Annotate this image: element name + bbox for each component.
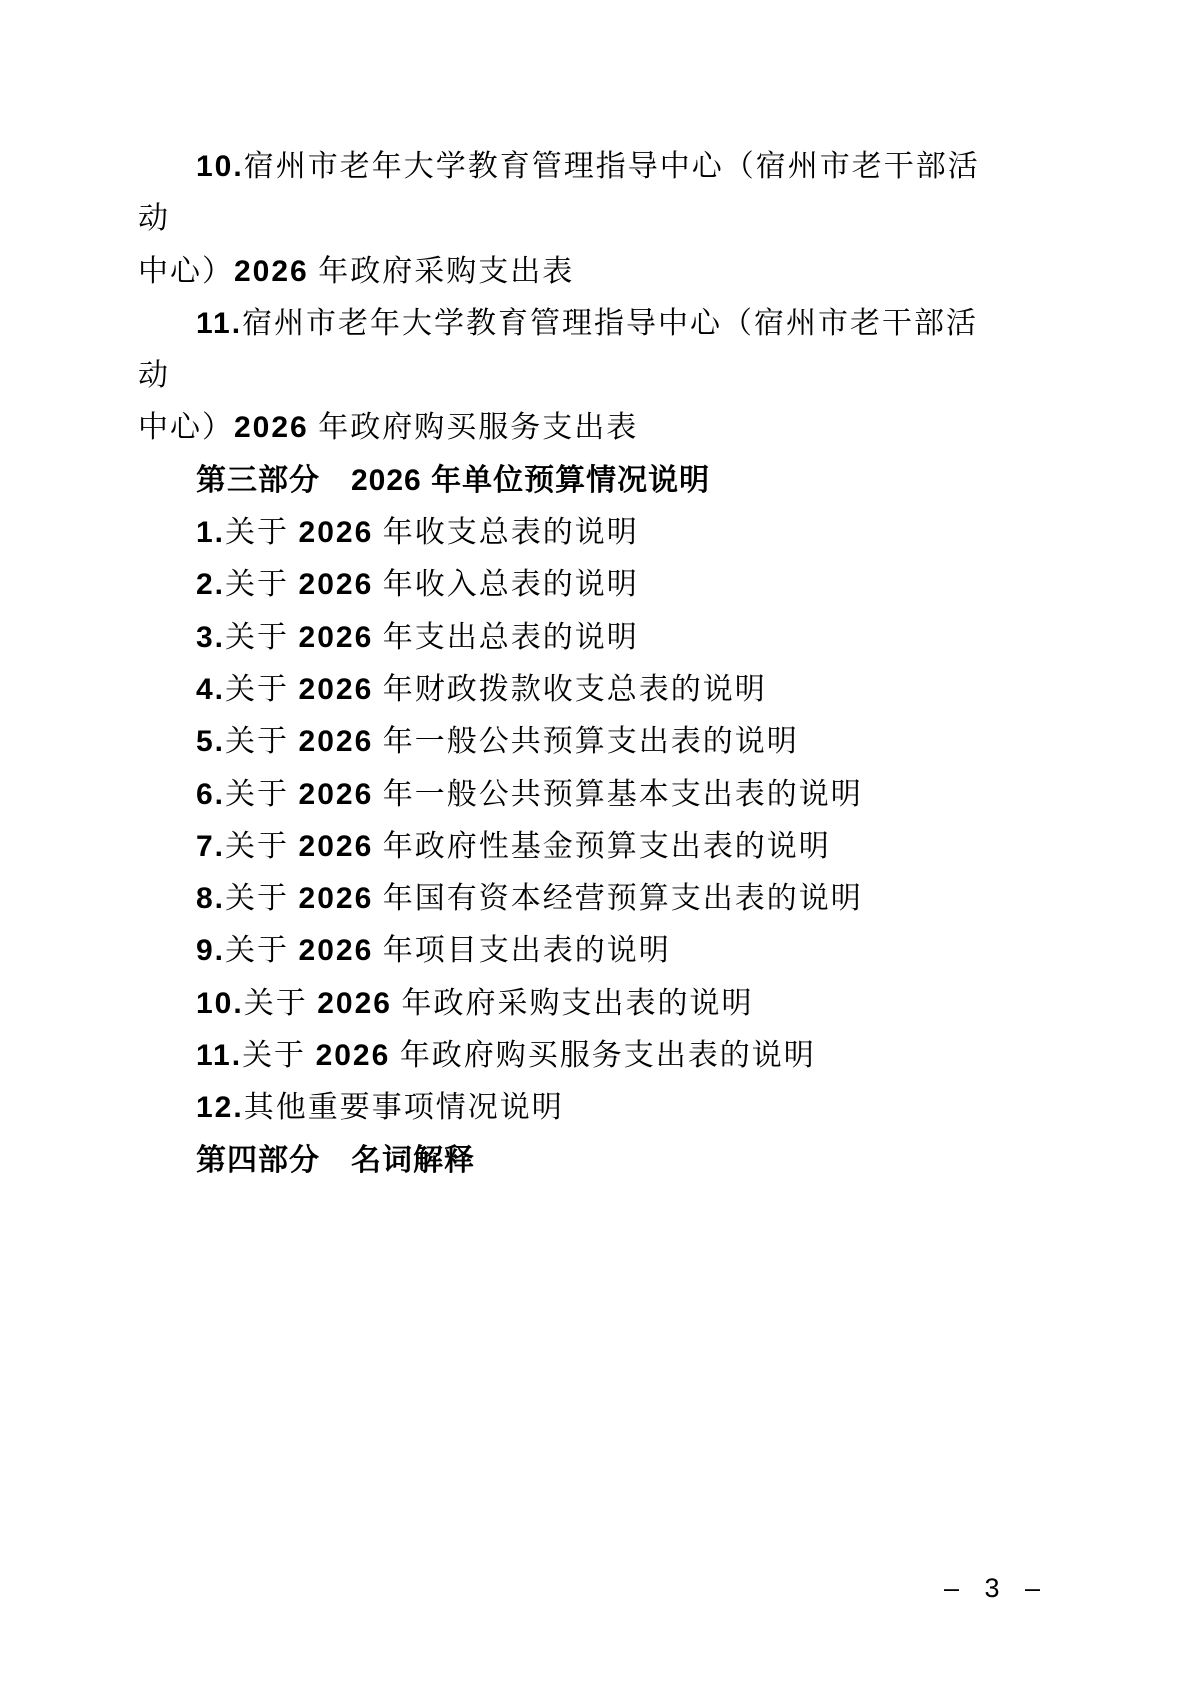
toc-line: 6.关于 2026 年一般公共预算基本支出表的说明 bbox=[138, 769, 1008, 821]
toc-line: 3.关于 2026 年支出总表的说明 bbox=[138, 612, 1008, 664]
numeral: 2026 bbox=[317, 987, 392, 1020]
numeral: 2026 bbox=[299, 568, 374, 601]
numeral: 12. bbox=[196, 1091, 244, 1124]
numeral: 2026 bbox=[299, 621, 374, 654]
numeral: 2026 bbox=[316, 1039, 391, 1072]
toc-line: 8.关于 2026 年国有资本经营预算支出表的说明 bbox=[138, 873, 1008, 925]
toc-line: 10.宿州市老年大学教育管理指导中心（宿州市老干部活动 中心）2026 年政府采… bbox=[138, 141, 1008, 298]
toc-line: 第三部分 2026 年单位预算情况说明 bbox=[138, 455, 1008, 507]
toc-line: 12.其他重要事项情况说明 bbox=[138, 1082, 1008, 1134]
toc-line: 11.关于 2026 年政府购买服务支出表的说明 bbox=[138, 1030, 1008, 1082]
numeral: 2026 bbox=[299, 673, 374, 706]
numeral: 1. bbox=[196, 516, 225, 549]
toc-line: 11.宿州市老年大学教育管理指导中心（宿州市老干部活动 中心）2026 年政府购… bbox=[138, 298, 1008, 455]
numeral: 10. bbox=[196, 987, 244, 1020]
numeral: 2. bbox=[196, 568, 225, 601]
numeral: 2026 bbox=[299, 516, 374, 549]
numeral: 2026 bbox=[351, 464, 422, 497]
numeral: 10. bbox=[196, 150, 244, 183]
numeral: 6. bbox=[196, 778, 225, 811]
table-of-contents: 10.宿州市老年大学教育管理指导中心（宿州市老干部活动 中心）2026 年政府采… bbox=[138, 141, 1008, 1187]
numeral: 2026 bbox=[299, 725, 374, 758]
toc-line: 第四部分 名词解释 bbox=[138, 1135, 1008, 1187]
numeral: 11. bbox=[196, 307, 242, 340]
numeral: 2026 bbox=[299, 778, 374, 811]
numeral: 2026 bbox=[234, 255, 309, 288]
toc-line: 4.关于 2026 年财政拨款收支总表的说明 bbox=[138, 664, 1008, 716]
document-page: 10.宿州市老年大学教育管理指导中心（宿州市老干部活动 中心）2026 年政府采… bbox=[0, 0, 1190, 1683]
numeral: 3. bbox=[196, 621, 225, 654]
numeral: 2026 bbox=[234, 411, 309, 444]
numeral: 11. bbox=[196, 1039, 242, 1072]
numeral: 9. bbox=[196, 934, 225, 967]
numeral: 7. bbox=[196, 830, 225, 863]
toc-line: 5.关于 2026 年一般公共预算支出表的说明 bbox=[138, 716, 1008, 768]
numeral: 2026 bbox=[299, 934, 374, 967]
toc-line: 10.关于 2026 年政府采购支出表的说明 bbox=[138, 978, 1008, 1030]
numeral: 5. bbox=[196, 725, 225, 758]
numeral: 4. bbox=[196, 673, 225, 706]
toc-line: 1.关于 2026 年收支总表的说明 bbox=[138, 507, 1008, 559]
numeral: 8. bbox=[196, 882, 225, 915]
toc-line: 7.关于 2026 年政府性基金预算支出表的说明 bbox=[138, 821, 1008, 873]
numeral: 2026 bbox=[299, 882, 374, 915]
toc-line: 2.关于 2026 年收入总表的说明 bbox=[138, 559, 1008, 611]
numeral: 2026 bbox=[299, 830, 374, 863]
toc-line: 9.关于 2026 年项目支出表的说明 bbox=[138, 925, 1008, 977]
page-number: – 3 – bbox=[944, 1572, 1042, 1604]
